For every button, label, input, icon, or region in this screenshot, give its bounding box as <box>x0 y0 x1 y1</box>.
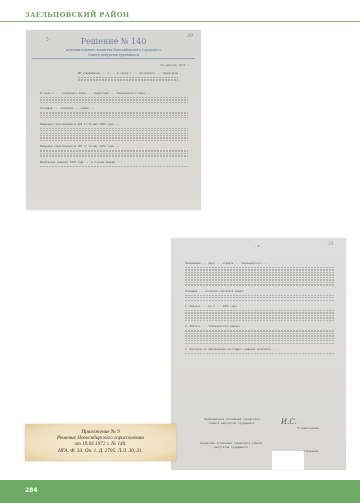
header-divider <box>0 21 360 22</box>
issuer: исполнительного комитета Новосибирского … <box>26 48 201 57</box>
archive-document-page-2: 31 - 2 - Завершение ... двух ... отделов… <box>171 238 346 470</box>
title-rule <box>32 58 195 59</box>
archive-document-page-1: 2. 30 Решение № 140 исполнительного коми… <box>26 30 201 210</box>
signature-2-name: Л.Рязанов <box>303 450 318 454</box>
handwritten-signature: И.С. <box>281 418 297 426</box>
section-header: ЗАЕЛЬЦОВСКИЙ РАЙОН <box>25 11 129 19</box>
signature-1-name: Н.Севастьянов <box>297 427 319 431</box>
document-title: Решение № 140 <box>26 37 201 46</box>
appendix-caption: Приложение № 9 Решение Новосибирского го… <box>25 424 176 461</box>
issuer-line-2: Совета депутатов трудящихся <box>26 53 201 58</box>
caption-line-4: НГА. Ф. 33. Оп. 1. Д. 2705. Л.Л. 30, 31. <box>25 448 176 454</box>
document-body: В связи с ... городского бора ... террит… <box>40 92 188 168</box>
document-subject: Об утверждении ... о ... в связи с ... з… <box>78 72 178 82</box>
page-marker: - 2 - <box>171 245 346 249</box>
page-number: 284 <box>25 487 38 494</box>
signature-1-title: Председатель исполкома городского Совета… <box>201 418 263 425</box>
document-date: 19 апреля 1972 г. <box>160 63 191 67</box>
document-body: Завершение ... двух ... отделов ... Заел… <box>185 262 335 356</box>
redaction-patch <box>272 451 304 470</box>
signature-2-title: Секретарь исполкома городского Совета де… <box>196 442 266 449</box>
page-footer: 284 <box>0 480 360 503</box>
